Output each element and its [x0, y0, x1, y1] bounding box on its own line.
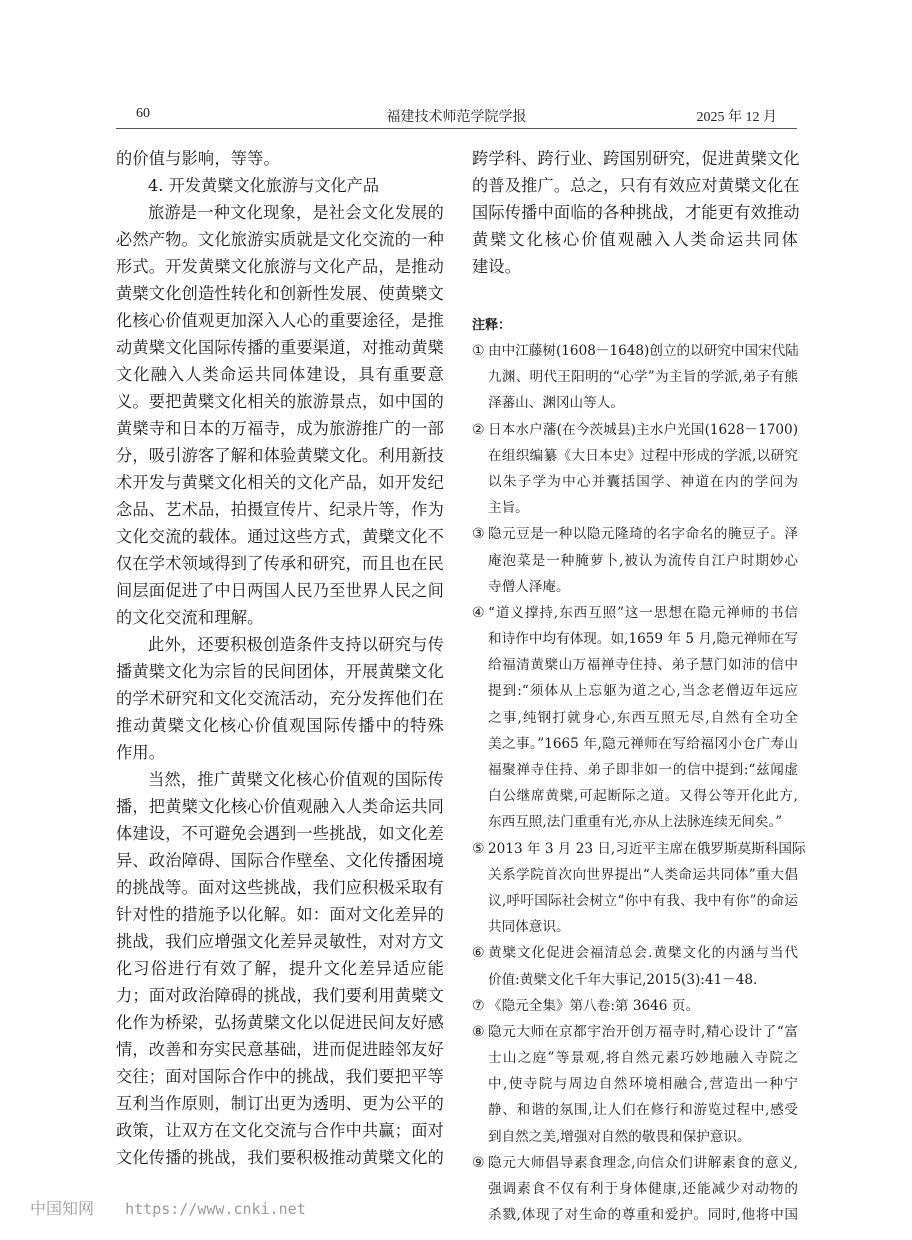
- footnote-number: ④: [472, 600, 485, 626]
- note-line: 东西互照,法门重重有光,亦从上法脉连续无间矣。”: [488, 809, 798, 835]
- note-line: 关系学院首次向世界提出“人类命运共同体”重大倡: [488, 862, 798, 888]
- text-line: 推动黄檗文化核心价值观国际传播中的特殊: [116, 712, 444, 739]
- text-line: 播，把黄檗文化核心价值观融入人类命运共同: [116, 793, 444, 820]
- footnote-2: ② 日本水户藩(在今茨城县)主水户光国(1628－1700) 在组织编纂《大日本…: [472, 417, 798, 522]
- note-line: 士山之庭”等景观,将自然元素巧妙地融入寺院之: [488, 1045, 798, 1071]
- text-line: 文化融入人类命运共同体建设，具有重要意: [116, 361, 444, 388]
- footnote-7: ⑦ 《隐元全集》第八卷:第 3646 页。: [472, 993, 798, 1019]
- note-line: 共同体意识。: [488, 914, 798, 940]
- note-line: 2013 年 3 月 23 日,习近平主席在俄罗斯莫斯科国际: [488, 836, 798, 862]
- note-line: 美之事。”1665 年,隐元禅师在写给福冈小仓广寿山: [488, 731, 798, 757]
- footnote-number: ②: [472, 417, 485, 443]
- footnote-1: ① 由中江藤树(1608－1648)创立的以研究中国宋代陆 九渊、明代王阳明的“…: [472, 338, 798, 417]
- right-column: 跨学科、跨行业、跨国别研究，促进黄檗文化 的普及推广。总之，只有有效应对黄檗文化…: [472, 145, 798, 1228]
- text-line: 情，改善和夯实民意基础，进而促进睦邻友好: [116, 1036, 444, 1063]
- note-line: 和诗作中均有体现。如,1659 年 5 月,隐元禅师在写: [488, 626, 798, 652]
- text-line: 间层面促进了中日两国人民乃至世界人民之间: [116, 577, 444, 604]
- text-line: 形式。开发黄檗文化旅游与文化产品，是推动: [116, 253, 444, 280]
- text-line: 针对性的措施予以化解。如：面对文化差异的: [116, 901, 444, 928]
- text-line: 挑战，我们应增强文化差异灵敏性，对对方文: [116, 928, 444, 955]
- text-line: 义。要把黄檗文化相关的旅游景点，如中国的: [116, 388, 444, 415]
- cnki-watermark: 中国知网 https://www.cnki.net: [30, 1196, 306, 1219]
- text-line: 动黄檗文化国际传播的重要渠道，对推动黄檗: [116, 334, 444, 361]
- text-line: 的挑战等。面对这些挑战，我们应积极采取有: [116, 874, 444, 901]
- note-line: 《隐元全集》第八卷:第 3646 页。: [488, 993, 798, 1019]
- note-line: 白公继席黄檗,可起断际之道。又得公等开化此方,: [488, 783, 798, 809]
- text-line: 建设。: [472, 253, 798, 280]
- text-line: 力；面对政治障碍的挑战，我们要利用黄檗文: [116, 982, 444, 1009]
- text-line: 仅在学术领域得到了传承和研究，而且也在民: [116, 550, 444, 577]
- note-line: 寺僧人泽庵。: [488, 574, 798, 600]
- note-line: 提到:“须体从上忘躯为道之心,当念老僧迈年远应: [488, 678, 798, 704]
- text-line: 政策，让双方在文化交流与合作中共赢；面对: [116, 1117, 444, 1144]
- running-header: 60 福建技术师范学院学报 2025 年 12 月: [116, 106, 797, 128]
- text-line: 黄檗文化创造性转化和创新性发展、使黄檗文: [116, 280, 444, 307]
- text-line: 文化传播的挑战，我们要积极推动黄檗文化的: [116, 1144, 444, 1171]
- footnote-number: ⑧: [472, 1019, 485, 1045]
- note-line: 由中江藤树(1608－1648)创立的以研究中国宋代陆: [488, 338, 798, 364]
- footnote-number: ⑤: [472, 836, 485, 862]
- text-line: 化作为桥梁，弘扬黄檗文化以促进民间友好感: [116, 1009, 444, 1036]
- footnote-5: ⑤ 2013 年 3 月 23 日,习近平主席在俄罗斯莫斯科国际 关系学院首次向…: [472, 836, 798, 941]
- note-line: 泽蕃山、渊冈山等人。: [488, 390, 798, 416]
- text-line: 分，吸引游客了解和体验黄檗文化。利用新技: [116, 442, 444, 469]
- text-line: 黄檗文化核心价值观融入人类命运共同体: [472, 226, 798, 253]
- footnote-number: ①: [472, 338, 485, 364]
- text-line: 国际传播中面临的各种挑战，才能更有效推动: [472, 199, 798, 226]
- note-line: 福聚禅寺住持、弟子即非如一的信中提到:“兹闻虚: [488, 757, 798, 783]
- text-line: 念品、艺术品，拍摄宣传片、纪录片等，作为: [116, 496, 444, 523]
- notes-heading: 注释：: [472, 314, 798, 338]
- text-line: 跨学科、跨行业、跨国别研究，促进黄檗文化: [472, 145, 798, 172]
- header-rule: [116, 128, 797, 129]
- watermark-url: https://www.cnki.net: [125, 1200, 306, 1218]
- note-line: 隐元大师倡导素食理念,向信众们讲解素食的意义,: [488, 1150, 798, 1176]
- text-line: 化习俗进行有效了解，提升文化差异适应能: [116, 955, 444, 982]
- text-line: 互利当作原则，制订出更为透明、更为公平的: [116, 1090, 444, 1117]
- footnote-4: ④ “道义撑持,东西互照”这一思想在隐元禅师的书信 和诗作中均有体现。如,165…: [472, 600, 798, 836]
- text-line: 的文化交流和理解。: [116, 604, 444, 631]
- text-line: 黄檗寺和日本的万福寺，成为旅游推广的一部: [116, 415, 444, 442]
- text-line: 文化交流的载体。通过这些方式，黄檗文化不: [116, 523, 444, 550]
- footnote-number: ⑨: [472, 1150, 485, 1176]
- text-line: 当然，推广黄檗文化核心价值观的国际传: [116, 766, 444, 793]
- section-heading: 4. 开发黄檗文化旅游与文化产品: [116, 172, 444, 199]
- note-line: 强调素食不仅有利于身体健康,还能减少对动物的: [488, 1176, 798, 1202]
- note-line: 价值:黄檗文化千年大事记,2015(3):41－48.: [488, 967, 798, 993]
- watermark-brand: 中国知网: [30, 1199, 94, 1218]
- issue-date: 2025 年 12 月: [697, 106, 778, 126]
- note-line: 到自然之美,增强对自然的敬畏和保护意识。: [488, 1124, 798, 1150]
- note-line: 隐元大师在京都宇治开创万福寺时,精心设计了“富: [488, 1019, 798, 1045]
- journal-title: 福建技术师范学院学报: [116, 106, 797, 126]
- note-line: “道义撑持,东西互照”这一思想在隐元禅师的书信: [488, 600, 798, 626]
- text-line: 播黄檗文化为宗旨的民间团体，开展黄檗文化: [116, 658, 444, 685]
- text-line: 作用。: [116, 739, 444, 766]
- note-line: 隐元豆是一种以隐元隆琦的名字命名的腌豆子。泽: [488, 521, 798, 547]
- text-line: 化核心价值观更加深入人心的重要途径，是推: [116, 307, 444, 334]
- footnote-number: ⑦: [472, 993, 485, 1019]
- note-line: 九渊、明代王阳明的“心学”为主旨的学派,弟子有熊: [488, 364, 798, 390]
- note-line: 之事,纯钢打就身心,东西互照无尽,自然有全功全: [488, 705, 798, 731]
- text-line: 的普及推广。总之，只有有效应对黄檗文化在: [472, 172, 798, 199]
- note-line: 黄檗文化促进会福清总会.黄檗文化的内涵与当代: [488, 940, 798, 966]
- note-line: 杀戮,体现了对生命的尊重和爱护。同时,他将中国: [488, 1202, 798, 1228]
- footnote-9: ⑨ 隐元大师倡导素食理念,向信众们讲解素食的意义, 强调素食不仅有利于身体健康,…: [472, 1150, 798, 1229]
- footnote-6: ⑥ 黄檗文化促进会福清总会.黄檗文化的内涵与当代 价值:黄檗文化千年大事记,20…: [472, 940, 798, 992]
- note-line: 议,呼吁国际社会树立“你中有我、我中有你”的命运: [488, 888, 798, 914]
- note-line: 中,使寺院与周边自然环境相融合,营造出一种宁: [488, 1071, 798, 1097]
- text-line: 必然产物。文化旅游实质就是文化交流的一种: [116, 226, 444, 253]
- note-line: 庵泡菜是一种腌萝卜,被认为流传自江户时期妙心: [488, 548, 798, 574]
- text-line: 体建设，不可避免会遇到一些挑战，如文化差: [116, 820, 444, 847]
- note-line: 主旨。: [488, 495, 798, 521]
- text-line: 的学术研究和文化交流活动，充分发挥他们在: [116, 685, 444, 712]
- text-line: 交往；面对国际合作中的挑战，我们要把平等: [116, 1063, 444, 1090]
- text-line: 异、政治障碍、国际合作壁垒、文化传播困境: [116, 847, 444, 874]
- note-line: 以朱子学为中心并囊括国学、神道在内的学问为: [488, 469, 798, 495]
- note-line: 给福清黄檗山万福禅寺住持、弟子慧门如沛的信中: [488, 652, 798, 678]
- text-line: 旅游是一种文化现象，是社会文化发展的: [116, 199, 444, 226]
- text-line: 术开发与黄檗文化相关的文化产品，如开发纪: [116, 469, 444, 496]
- footnote-number: ③: [472, 521, 485, 547]
- footnote-3: ③ 隐元豆是一种以隐元隆琦的名字命名的腌豆子。泽 庵泡菜是一种腌萝卜,被认为流传…: [472, 521, 798, 600]
- note-line: 日本水户藩(在今茨城县)主水户光国(1628－1700): [488, 417, 798, 443]
- footnote-number: ⑥: [472, 940, 485, 966]
- text-line: 的价值与影响，等等。: [116, 145, 444, 172]
- text-line: 此外，还要积极创造条件支持以研究与传: [116, 631, 444, 658]
- note-line: 在组织编纂《大日本史》过程中形成的学派,以研究: [488, 443, 798, 469]
- footnote-8: ⑧ 隐元大师在京都宇治开创万福寺时,精心设计了“富 士山之庭”等景观,将自然元素…: [472, 1019, 798, 1150]
- note-line: 静、和谐的氛围,让人们在修行和游览过程中,感受: [488, 1097, 798, 1123]
- left-column: 的价值与影响，等等。 4. 开发黄檗文化旅游与文化产品 旅游是一种文化现象，是社…: [116, 145, 444, 1171]
